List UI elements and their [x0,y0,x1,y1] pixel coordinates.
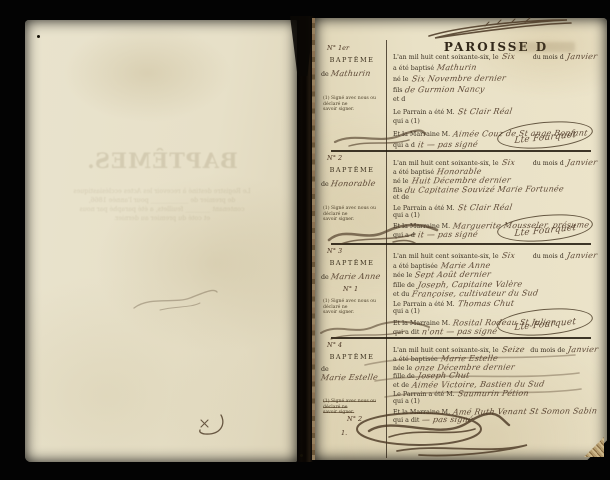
record-line: et duFrançoise, cultivateur du Sud [393,289,597,299]
handwritten-text: n'ont — pas signé [422,327,499,337]
entry-sub-number: N° 1 [343,285,358,293]
right-page: PAROISSE D N° 1er BAPTÊME de Mathurin (1… [312,18,607,460]
printed-label: et de [393,194,409,201]
ink-smudge [329,122,429,150]
record-line: a été baptiséMathurin [393,63,597,74]
footnote-line: (1) Signé avec nous ou déclaré ne [323,96,383,107]
footnote: (1) Signé avec nous ou déclaré ne savoir… [323,96,383,113]
handwritten-text: Françoise, cultivateur du Sud [412,288,540,298]
printed-label: a été baptisé [393,65,434,72]
entry-sub-number: 1. [341,429,347,437]
record-line: L'an mil huit cent soixante-six, le Six … [393,251,597,261]
showthrough-line: Le Registre destiné à recevoir les Actes… [43,187,281,196]
top-signature-flourish [425,14,575,42]
handwritten-text: Mathurin [436,63,477,72]
printed-label: fille de [393,282,415,289]
handwritten-name: Honorable [330,179,376,188]
showthrough-line: de premier de ____________ pour l'année … [43,196,281,205]
showthrough-line: contenant ________ feuillets, a été para… [43,205,281,214]
record-line: a été baptiséHonorable [393,167,597,176]
entry-name: de Honorable [321,179,387,188]
handwritten-text: Six [501,52,516,61]
printed-label: L'an mil huit cent soixante-six, le [393,253,499,260]
entry-name: de Mathurin [321,69,387,78]
ink-smudge [317,309,433,345]
de-label: de [321,366,329,373]
printed-label: du mois d [533,160,564,167]
de-label: de [321,71,329,78]
printed-label: Le Parrain a été M. [393,109,455,116]
handwritten-text: Thomas Chut [457,298,515,307]
record-line: Le Parrain a été M.St Clair Réal [393,107,597,118]
printed-label: du mois d [533,54,564,61]
ink-speck [37,35,40,38]
record-line: et de [393,194,597,203]
signature-text: Lte Fourquet [514,223,577,239]
record-line: filsde Gurmion Nancy [393,85,597,96]
corner-pen-mark [193,412,227,442]
baptism-entry-2: N° 2 BAPTÊME de Honorable (1) Signé avec… [315,154,607,243]
printed-label: né le [393,76,409,83]
printed-label: L'an mil huit cent soixante-six, le [393,54,499,61]
stitch-speck [300,454,303,457]
baptism-entry-4: N° 4 BAPTÊME de Marie Estelle (1) Signé … [315,341,607,458]
handwritten-text: Janvier [566,52,598,61]
ink-smudge [323,214,443,248]
register-book-spread: BAPTÊMES. Le Registre destiné à recevoir… [0,0,610,480]
handwritten-text: Six [501,251,516,260]
record-line: Le Parrain a été M.Thomas Chut [393,299,597,309]
baptism-entry-1: N° 1er BAPTÊME de Mathurin (1) Signé ave… [315,44,607,150]
printed-label: a été baptisée [393,263,438,270]
record-line: filsdu Capitaine Souvizé Marie Fortunée [393,185,597,194]
signature-text: Lte Fourquet [514,317,577,333]
handwritten-name: Marie Anne [330,272,381,281]
entry-number: N° 1er [327,44,349,52]
printed-label: née le [393,272,412,279]
handwritten-name: Mathurin [330,69,371,78]
footnote-line: savoir signer. [323,107,383,113]
printed-label: et du [393,291,409,298]
de-label: de [321,181,329,188]
record-line: a été baptiséeMarie Anne [393,261,597,271]
record-line: fille deJoseph, Capitaine Valère [393,280,597,290]
printed-label: fils [393,87,402,94]
record-line: L'an mil huit cent soixante-six, le Six … [393,158,597,167]
handwritten-text: de Gurmion Nancy [405,85,486,95]
entry-number: N° 3 [327,247,342,255]
left-page: BAPTÊMES. Le Registre destiné à recevoir… [25,20,297,462]
de-label: de [321,274,329,281]
entry-number: N° 2 [327,154,342,162]
record-line: Le Parrain a été M.St Clair Réal [393,203,597,212]
printed-label: Le Parrain a été M. [393,205,455,212]
showthrough-title: BAPTÊMES. [43,148,281,173]
bapteme-label: BAPTÊME [321,166,383,174]
handwritten-text: Six [501,158,516,167]
record-line: né leSix Novembre dernier [393,74,597,85]
handwritten-text: Marie Anne [440,260,491,269]
signature-text: Lte Fourquet [514,130,577,146]
record-line: née leSept Août dernier [393,270,597,280]
handwritten-text: Joseph, Capitaine Valère [417,279,523,289]
record-line: L'an mil huit cent soixante-six, le Six … [393,52,597,63]
handwritten-text: Honorable [436,167,482,176]
large-signature-scrawl [349,407,539,459]
bapteme-label: BAPTÊME [321,259,383,267]
faint-ink-flourish [130,278,220,318]
bleed-through-scrawl [355,347,585,407]
showthrough-text: BAPTÊMES. Le Registre destiné à recevoir… [43,148,281,223]
handwritten-text: Janvier [566,251,598,260]
printed-label: a été baptisé [393,169,434,176]
entry-name: de Marie Anne [321,272,387,281]
bapteme-label: BAPTÊME [321,56,383,64]
printed-label: du mois d [533,253,564,260]
printed-label: et d [393,96,405,103]
handwritten-text: St Clair Réal [457,203,513,212]
handwritten-text: Sept Août dernier [414,270,492,280]
record-line: et d [393,96,597,107]
showthrough-line: et coté du premier au dernier. [43,214,281,223]
printed-label: Le Parrain a été M. [393,301,455,308]
printed-label: né le [393,178,409,185]
handwritten-text: Six Novembre dernier [411,74,507,84]
handwritten-text: Janvier [566,158,598,167]
entry-number: N° 4 [327,341,342,349]
printed-label: fils [393,187,402,194]
handwritten-text: du Capitaine Souvizé Marie Fortunée [405,184,565,194]
binding-gutter [296,16,313,462]
record-line: né leHuit Décembre dernier [393,176,597,185]
baptism-entry-3: N° 3 BAPTÊME de Marie Anne N° 1 (1) Sign… [315,247,607,337]
handwritten-text: St Clair Réal [457,107,513,116]
